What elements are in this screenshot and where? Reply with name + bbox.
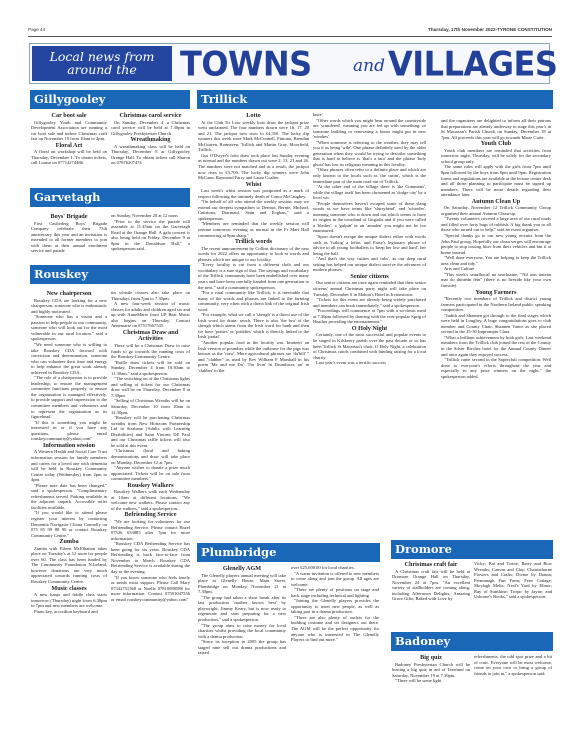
article-body: A wreathmaking class will be held on Thu…	[111, 144, 190, 166]
page-number: Page 44	[28, 27, 45, 32]
article-paragraph: and the organizers are delighted to info…	[441, 118, 551, 140]
article-paragraph: tin whistle classes also take place on T…	[111, 290, 190, 301]
article-paragraph: "Anyone wishes to donate a prize much ap…	[111, 465, 190, 482]
article-heading: Floral Art	[31, 143, 107, 150]
section-header-badoney: Badoney	[391, 632, 553, 651]
article-heading: New chairperson	[31, 291, 107, 298]
article-paragraph: "People themselves haven't escaped some …	[313, 201, 426, 234]
article-paragraph: "When someone is referring to the weathe…	[313, 140, 426, 168]
article-paragraph: "And that's the way cutties and cubs', a…	[313, 256, 426, 273]
section-header-plumbridge: Plumbridge	[197, 543, 380, 562]
badoney-col2: refreshments, the odd spot prize and a b…	[474, 654, 552, 676]
banner-line2: around the	[32, 63, 172, 76]
banner-and: and	[353, 56, 385, 76]
article-heading: Trillick words	[198, 239, 309, 246]
article-paragraph: "Trillick came second in the Superclub c…	[441, 357, 551, 379]
article-body: on Sunday, November 20 at 12 noon.	[111, 213, 190, 219]
article-heading: Car boot sale	[31, 113, 107, 120]
article-paragraph: Youth club members are reminded that act…	[441, 148, 551, 165]
article-paragraph: The same rules will apply with the girls…	[441, 164, 551, 197]
article-paragraph: "Selling of Christmas Wreaths will be on…	[111, 398, 190, 415]
trillick-col2: knee'."Other words which you might hear …	[313, 112, 426, 366]
gillygooley-col1: Car boot sale Gillygooley Youth and Comm…	[31, 112, 107, 166]
article-paragraph: Zumba with Eileen McElhatton takes place…	[31, 546, 107, 585]
section-header-rouskey: Rouskey	[30, 265, 190, 284]
article-paragraph: On Saturday, November 12 Trillick Commun…	[441, 205, 551, 216]
article-paragraph: "A warm invitation is offered to new mem…	[291, 571, 379, 588]
article-paragraph: "Other words which you might hear around…	[313, 118, 426, 140]
article-heading: Christmas Draw and Activities	[111, 330, 190, 343]
article-paragraph: The recent announcement by Collins dicti…	[198, 246, 309, 263]
article-paragraph: "If this is something you might be inter…	[31, 420, 107, 442]
article-paragraph: "Twenty volunteers covered a large area …	[441, 216, 551, 233]
article-paragraph: "Well done everyone. You are helping to …	[441, 255, 551, 266]
dromore-col1: Christmas craft fairA Christmas craft fa…	[392, 561, 470, 602]
article-body: "Prior to the service the parade will as…	[111, 219, 190, 252]
article-paragraph: refreshments, the odd spot prize and a b…	[474, 654, 552, 676]
article-paragraph: Vicky; Bal and Twine; Berry and Bow Wrea…	[474, 561, 552, 600]
plumbridge-col2: over £25,000.00 for local charities."A w…	[291, 565, 379, 643]
article-heading: Christmas carol service	[111, 113, 190, 120]
rouskey-col1: New chairpersonRouskey CDA are looking f…	[31, 290, 107, 614]
article-heading: Youth Club	[441, 141, 551, 148]
article-heading: Christmas craft fair	[392, 562, 470, 569]
article-paragraph: "Someone who has a vision and a passion …	[31, 314, 107, 342]
banner-towns: TOWNS	[180, 44, 312, 84]
article-paragraph: "If you know someone who feels lonely or…	[111, 575, 190, 603]
article-paragraph: "Tickets for this event are already bein…	[313, 297, 426, 308]
article-paragraph: Last year's event was a terrific success	[313, 360, 426, 366]
article-paragraph: "Rouskey will be purchasing Christmas wr…	[111, 415, 190, 448]
gillygooley-col2: Christmas carol service On Sunday, Decem…	[111, 112, 190, 166]
article-paragraph: "The group aims to raise money for local…	[198, 623, 286, 640]
banner-tagline: Local news from around the	[32, 46, 172, 81]
section-banner: Local news from around the TOWNS and VIL…	[29, 43, 550, 84]
article-paragraph: A Christmas craft fair will be held at D…	[392, 569, 470, 602]
article-paragraph: Rouskey Walkers walk each Wednesday at 1…	[111, 489, 190, 511]
article-heading: Lotto	[198, 113, 309, 120]
badoney-col1: Big quizBadoney Presbyterian Church will…	[392, 654, 470, 684]
article-paragraph: "There are plenty of positions on stage …	[291, 587, 379, 598]
article-heading: Big quiz	[392, 655, 470, 662]
article-paragraph: A new banjo and fiddle class starts tomo…	[31, 592, 107, 609]
article-paragraph: "Another popular food in the locality wa…	[198, 340, 309, 373]
article-paragraph: Last week's whist session was postponed …	[198, 188, 309, 199]
article-paragraph: Our senior citizens are once again remin…	[313, 280, 426, 297]
article-paragraph: "Every locality is cut from a different …	[198, 262, 309, 290]
banner-villages: VILLAGES	[388, 44, 557, 84]
article-heading: Zumba	[31, 539, 107, 546]
article-paragraph: Certainly, one of the most successful an…	[313, 332, 426, 360]
article-heading: Glenelly AGM	[198, 566, 286, 573]
article-paragraph: "Recently two members of Trillick and di…	[441, 296, 551, 313]
article-paragraph: A new four-week session of music classes…	[111, 301, 190, 329]
trillick-col3: and the organizers are delighted to info…	[441, 118, 551, 379]
article-heading: Whist	[198, 182, 309, 189]
article-paragraph: At the Club Tri Leac weekly lotto draw t…	[198, 120, 309, 153]
article-heading: Autumn Clean Up	[441, 199, 551, 206]
article-heading: Young Farmers	[441, 290, 551, 297]
article-heading: O Holy Night	[313, 326, 426, 333]
article-paragraph: Badoney Presbyterian Church will be host…	[392, 662, 470, 679]
plumbridge-col1: Glenelly AGMThe Glenelly players annual …	[198, 565, 286, 656]
article-paragraph: "Proceedings will commence at 7pm with a…	[313, 308, 426, 325]
article-paragraph: There will be a Christmas Draw to raise …	[111, 343, 190, 360]
article-paragraph: "For example, what we call a 'sheugh' is…	[198, 312, 309, 340]
garvetagh-col1: Boys' Brigade First Castlederg Boys' Bri…	[31, 213, 107, 254]
article-paragraph: "There are also plenty of outlets for th…	[291, 615, 379, 643]
article-paragraph: "Christmas floral and baking demonstrati…	[111, 448, 190, 465]
article-paragraph: "Since its inception in 2005 the group h…	[198, 639, 286, 656]
article-paragraph: "Joining the Glenelly players provides t…	[291, 598, 379, 615]
article-heading: Information session	[31, 443, 107, 450]
article-paragraph: "Special thanks go to our new young recr…	[441, 233, 551, 255]
article-paragraph: The Glenelly players annual meeting will…	[198, 573, 286, 595]
article-paragraph: "Judith and Shannen got through to the f…	[441, 313, 551, 335]
rouskey-col2: tin whistle classes also take place on T…	[111, 290, 190, 602]
article-body: On Sunday, December 4, a Christmas carol…	[111, 120, 190, 137]
article-heading: Senior citizens	[313, 274, 426, 281]
article-paragraph: Rouskey CDA are looking for a new chairp…	[31, 298, 107, 315]
section-header-dromore: Dromore	[391, 540, 553, 559]
section-header-garvetagh: Garvetagh	[30, 188, 190, 207]
article-body: First Castlederg Boys' Brigade Company c…	[31, 221, 107, 254]
article-body: Gillygooley Youth and Community Developm…	[31, 120, 107, 142]
article-paragraph: "Other phrases often refer to a definite…	[313, 167, 426, 184]
article-heading: Wreathmaking	[111, 137, 190, 144]
article-paragraph: "Please note date has been changed," sai…	[31, 483, 107, 511]
article-paragraph: Piano key, accordion keyboard and	[31, 609, 107, 615]
article-paragraph: Gus O'Dwyer's lotto draw took place last…	[198, 153, 309, 181]
article-paragraph: "There will be some light	[392, 678, 470, 684]
garvetagh-col2: on Sunday, November 20 at 12 noon. "Prio…	[111, 213, 190, 252]
article-heading: Boys' Brigade	[31, 214, 107, 221]
article-paragraph: A Western Health and Social Care Trust i…	[31, 449, 107, 482]
section-header-trillick: Trillick	[197, 90, 553, 109]
dromore-col2: Vicky; Bal and Twine; Berry and Bow Wrea…	[474, 561, 552, 600]
article-paragraph: "For a rural community like Trillick, it…	[198, 290, 309, 312]
article-paragraph: "We need someone who is willing to take …	[31, 342, 107, 375]
article-body: A floral art workshop will be held on Th…	[31, 149, 107, 166]
section-header-gillygooley: Gillygooley	[30, 90, 190, 109]
article-paragraph: "We are looking for volunteers for our B…	[111, 519, 190, 541]
article-paragraph: "On behalf of all who attend the weekly …	[198, 199, 309, 221]
article-paragraph: "The switching on of the Christmas light…	[111, 376, 190, 398]
page-header: Page 44 Thursday, 17th November 2022-TYR…	[28, 26, 552, 37]
article-heading: Music classes	[31, 586, 107, 593]
article-heading: Befriending Service	[111, 512, 190, 519]
article-paragraph: "Sport doesn't escape the unique dialect…	[313, 234, 426, 256]
article-paragraph: "If you would like to attend please regi…	[31, 510, 107, 538]
trillick-col1: LottoAt the Club Tri Leac weekly lotto d…	[198, 112, 309, 373]
article-paragraph: "The role of a chairperson is to provide…	[31, 375, 107, 419]
publication-date: Thursday, 17th November 2022-TYRONE CONS…	[428, 27, 552, 32]
article-paragraph: "Raffle draw tickets will be sold on Sun…	[111, 360, 190, 377]
article-paragraph: "What a brilliant achievement by both gi…	[441, 335, 551, 357]
article-paragraph: "The group had taken a short break after…	[198, 595, 286, 623]
article-paragraph: "Members are reminded that the weekly se…	[198, 221, 309, 238]
article-paragraph: "At the other end of the village there i…	[313, 184, 426, 201]
article-heading: Rouskey Walkers	[111, 483, 190, 490]
article-paragraph: "This week's seanfhocal na seachtaine, "…	[441, 272, 551, 289]
article-paragraph: "Rouskey CDA Befriending Service has bee…	[111, 541, 190, 574]
